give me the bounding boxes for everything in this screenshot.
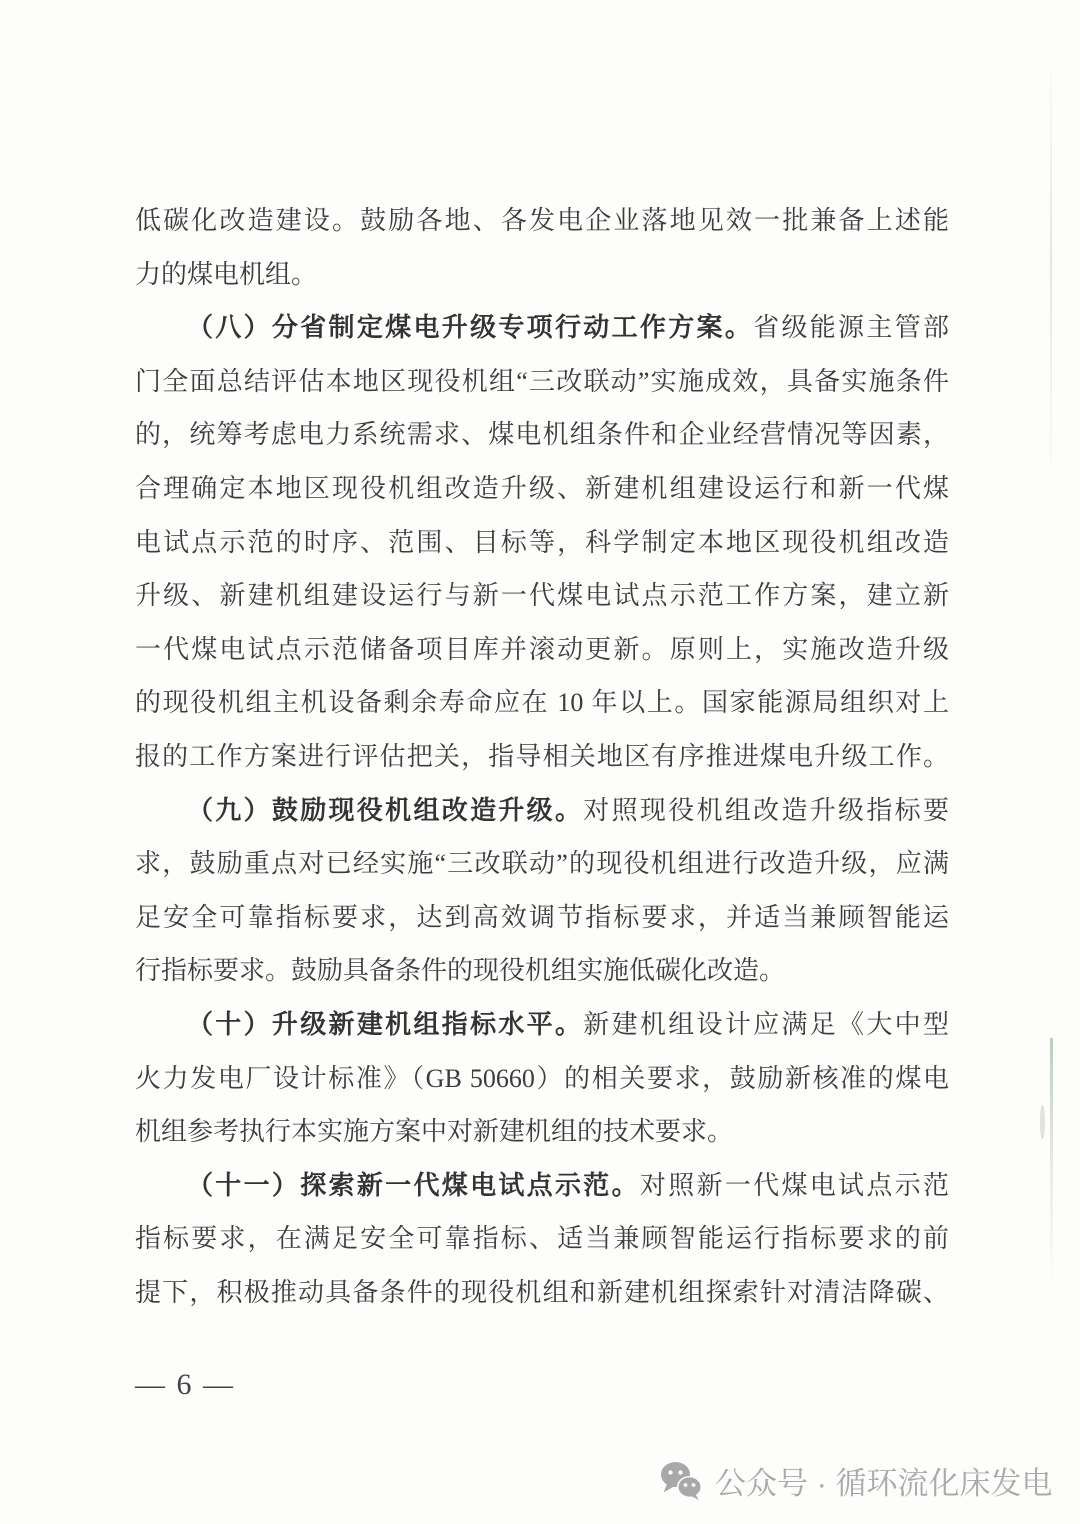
text-line: 一代煤电试点示范储备项目库并滚动更新。原则上，实施改造升级 [135,623,949,677]
text-line: 提下，积极推动具备条件的现役机组和新建机组探索针对清洁降碳、 [135,1266,949,1320]
scan-artifact-line [1050,55,1052,465]
body-text: 新建机组设计应满足《大中型 [583,1010,949,1039]
body-text: 的，统筹考虑电力系统需求、煤电机组条件和企业经营情况等因素， [135,420,949,449]
body-text: 求，鼓励重点对已经实施“三改联动”的现役机组进行改造升级，应满 [135,849,949,878]
body-text: 的现役机组主机设备剩余寿命应在 10 年以上。国家能源局组织对上 [135,688,949,717]
section-heading: （十一）探索新一代煤电试点示范。 [187,1171,640,1200]
text-line: 的，统筹考虑电力系统需求、煤电机组条件和企业经营情况等因素， [135,408,949,462]
watermark-text: 公众号 · 循环流化床发电 [715,1458,1053,1503]
page-number: — 6 — [135,1368,235,1402]
text-line: （九）鼓励现役机组改造升级。对照现役机组改造升级指标要 [135,784,949,838]
text-line: 电试点示范的时序、范围、目标等，科学制定本地区现役机组改造 [135,516,949,570]
scan-artifact-line [1050,1038,1053,1283]
body-text: 省级能源主管部 [753,313,949,342]
section-heading: （九）鼓励现役机组改造升级。 [187,796,583,825]
body-text: 火力发电厂设计标准》（GB 50660）的相关要求，鼓励新核准的煤电 [135,1064,949,1093]
wechat-icon [660,1461,702,1501]
body-text: 电试点示范的时序、范围、目标等，科学制定本地区现役机组改造 [135,528,949,557]
watermark: 公众号 · 循环流化床发电 [660,1458,1053,1503]
text-line: 力的煤电机组。 [135,248,949,302]
text-line: 合理确定本地区现役机组改造升级、新建机组建设运行和新一代煤 [135,462,949,516]
scan-artifact-smudge [1040,1105,1045,1139]
body-text: 升级、新建机组建设运行与新一代煤电试点示范工作方案，建立新 [135,581,949,610]
document-body: 低碳化改造建设。鼓励各地、各发电企业落地见效一批兼备上述能力的煤电机组。（八）分… [135,194,949,1319]
body-text: 指标要求，在满足安全可靠指标、适当兼顾智能运行指标要求的前 [135,1224,949,1253]
text-line: （十一）探索新一代煤电试点示范。对照新一代煤电试点示范 [135,1159,949,1213]
body-text: 提下，积极推动具备条件的现役机组和新建机组探索针对清洁降碳、 [135,1278,949,1307]
text-line: （十）升级新建机组指标水平。新建机组设计应满足《大中型 [135,998,949,1052]
body-text: 一代煤电试点示范储备项目库并滚动更新。原则上，实施改造升级 [135,635,949,664]
text-line: 求，鼓励重点对已经实施“三改联动”的现役机组进行改造升级，应满 [135,837,949,891]
body-text: 对照新一代煤电试点示范 [640,1171,949,1200]
body-text: 力的煤电机组。 [135,260,317,289]
text-line: 指标要求，在满足安全可靠指标、适当兼顾智能运行指标要求的前 [135,1212,949,1266]
body-text: 足安全可靠指标要求，达到高效调节指标要求，并适当兼顾智能运 [135,903,949,932]
section-heading: （十）升级新建机组指标水平。 [187,1010,583,1039]
body-text: 门全面总结评估本地区现役机组“三改联动”实施成效，具备实施条件 [135,367,949,396]
text-line: （八）分省制定煤电升级专项行动工作方案。省级能源主管部 [135,301,949,355]
body-text: 合理确定本地区现役机组改造升级、新建机组建设运行和新一代煤 [135,474,949,503]
body-text: 低碳化改造建设。鼓励各地、各发电企业落地见效一批兼备上述能 [135,206,949,235]
body-text: 行指标要求。鼓励具备条件的现役机组实施低碳化改造。 [135,956,785,985]
section-heading: （八）分省制定煤电升级专项行动工作方案。 [187,313,753,342]
body-text: 机组参考执行本实施方案中对新建机组的技术要求。 [135,1117,733,1146]
body-text: 报的工作方案进行评估把关，指导相关地区有序推进煤电升级工作。 [135,742,949,771]
text-line: 足安全可靠指标要求，达到高效调节指标要求，并适当兼顾智能运 [135,891,949,945]
text-line: 机组参考执行本实施方案中对新建机组的技术要求。 [135,1105,949,1159]
body-text: 对照现役机组改造升级指标要 [583,796,949,825]
text-line: 火力发电厂设计标准》（GB 50660）的相关要求，鼓励新核准的煤电 [135,1052,949,1106]
text-line: 行指标要求。鼓励具备条件的现役机组实施低碳化改造。 [135,944,949,998]
text-line: 门全面总结评估本地区现役机组“三改联动”实施成效，具备实施条件 [135,355,949,409]
text-line: 升级、新建机组建设运行与新一代煤电试点示范工作方案，建立新 [135,569,949,623]
text-line: 低碳化改造建设。鼓励各地、各发电企业落地见效一批兼备上述能 [135,194,949,248]
text-line: 报的工作方案进行评估把关，指导相关地区有序推进煤电升级工作。 [135,730,949,784]
text-line: 的现役机组主机设备剩余寿命应在 10 年以上。国家能源局组织对上 [135,676,949,730]
document-page: 低碳化改造建设。鼓励各地、各发电企业落地见效一批兼备上述能力的煤电机组。（八）分… [0,0,1080,1524]
